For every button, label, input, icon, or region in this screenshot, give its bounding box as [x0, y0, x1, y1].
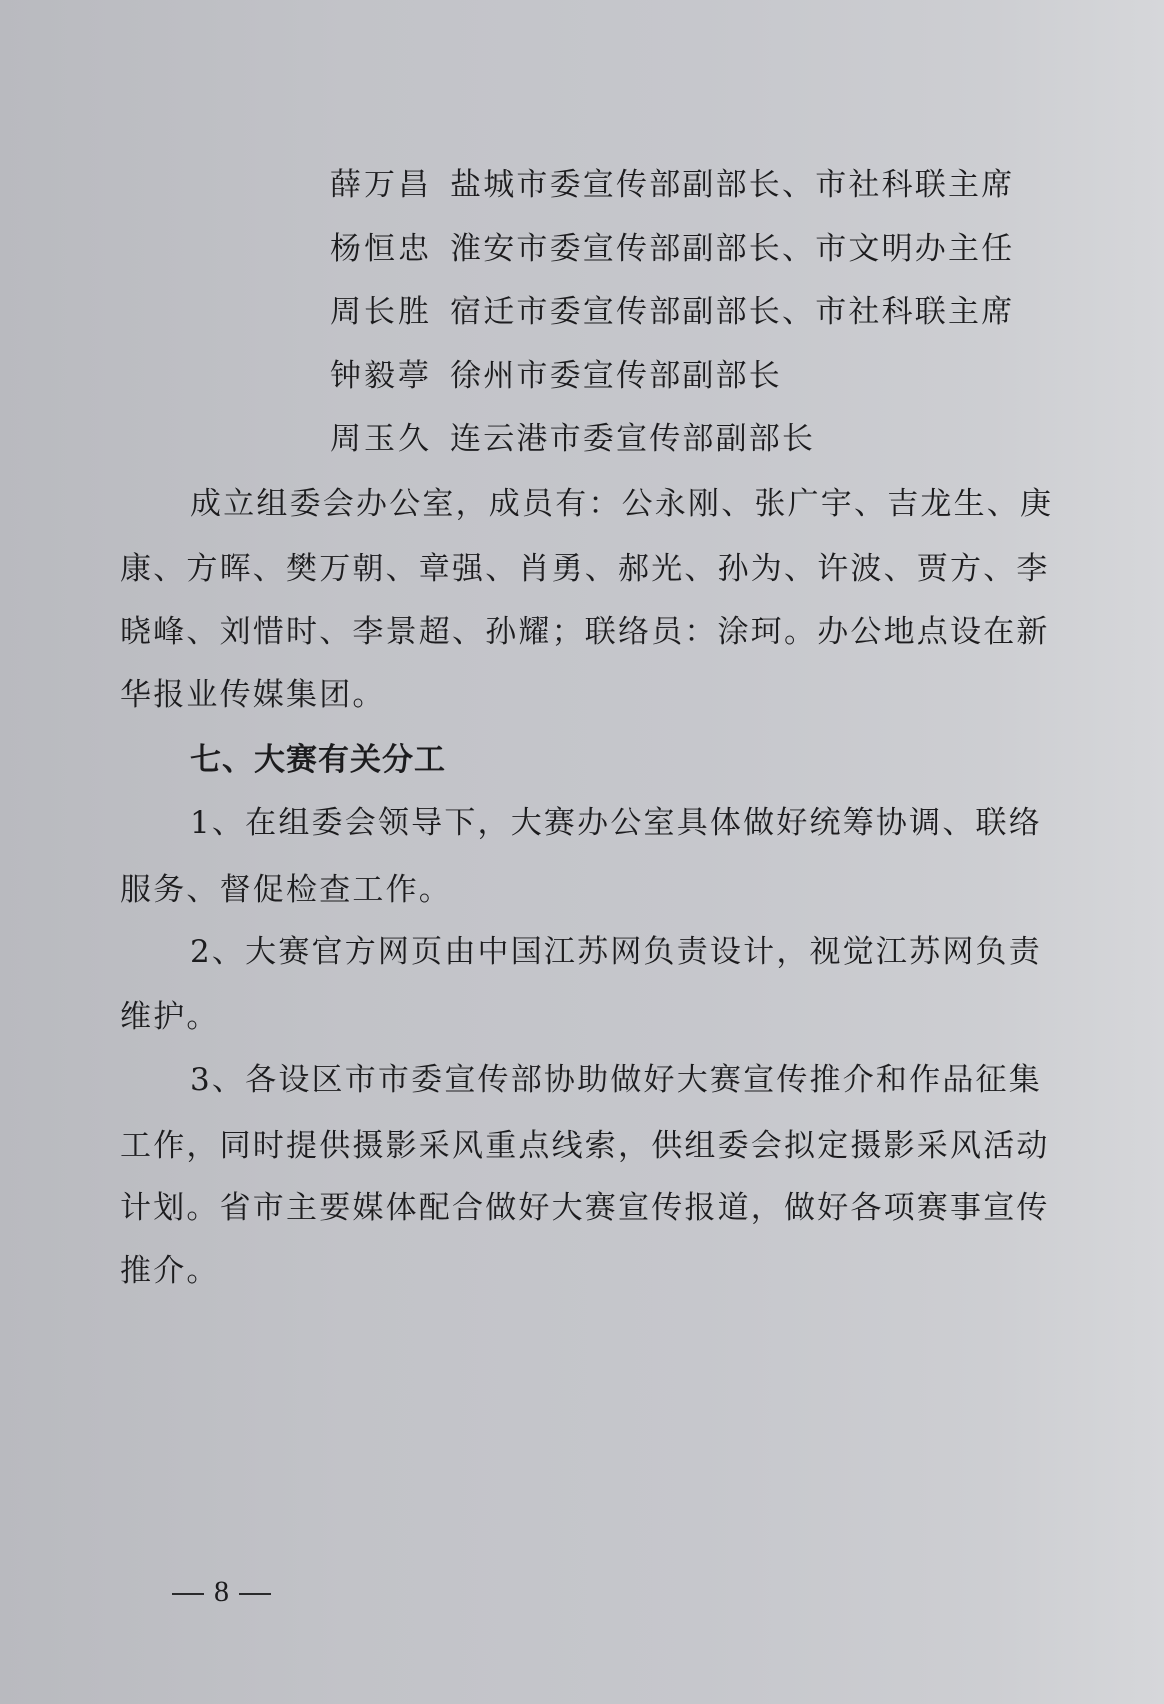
member-title: 淮安市委宣传部副部长、市文明办主任	[450, 231, 1014, 267]
member-name: 周玉久	[330, 419, 450, 459]
office-paragraph-line: 华报业传媒集团。	[120, 675, 1085, 715]
office-paragraph-line: 康、方晖、樊万朝、章强、肖勇、郝光、孙为、许波、贾方、李	[120, 549, 1085, 589]
committee-member-row: 杨恒忠淮安市委宣传部副部长、市文明办主任	[330, 229, 1164, 269]
member-name: 杨恒忠	[330, 229, 450, 269]
committee-member-row: 周长胜宿迁市委宣传部副部长、市社科联主席	[330, 292, 1164, 332]
section-heading: 七、大赛有关分工	[190, 740, 1155, 780]
committee-member-row: 钟毅葶徐州市委宣传部副部长	[330, 356, 1164, 396]
member-title: 连云港市委宣传部副部长	[450, 421, 815, 457]
member-name: 薛万昌	[330, 165, 450, 205]
item-3-line: 计划。省市主要媒体配合做好大赛宣传报道，做好各项赛事宣传	[120, 1188, 1085, 1228]
document-page: 薛万昌盐城市委宣传部副部长、市社科联主席 杨恒忠淮安市委宣传部副部长、市文明办主…	[0, 0, 1164, 1704]
office-paragraph-line: 成立组委会办公室，成员有：公永刚、张广宇、吉龙生、庚	[190, 484, 1155, 524]
dash-right	[239, 1593, 271, 1595]
member-name: 钟毅葶	[330, 356, 450, 396]
item-3-line: 3、各设区市市委宣传部协助做好大赛宣传推介和作品征集	[190, 1060, 1155, 1100]
item-1-line: 服务、督促检查工作。	[120, 870, 1085, 910]
item-2-line: 维护。	[120, 997, 1085, 1037]
committee-member-row: 薛万昌盐城市委宣传部副部长、市社科联主席	[330, 165, 1164, 205]
item-3-line: 推介。	[120, 1251, 1085, 1291]
member-title: 宿迁市委宣传部副部长、市社科联主席	[450, 294, 1014, 330]
member-title: 盐城市委宣传部副部长、市社科联主席	[450, 167, 1014, 203]
page-number-value: 8	[214, 1575, 229, 1608]
dash-left	[172, 1593, 204, 1595]
member-name: 周长胜	[330, 292, 450, 332]
item-3-line: 工作，同时提供摄影采风重点线索，供组委会拟定摄影采风活动	[120, 1126, 1085, 1166]
office-paragraph-line: 晓峰、刘惜时、李景超、孙耀；联络员：涂珂。办公地点设在新	[120, 612, 1085, 652]
page-number: 8	[162, 1572, 281, 1612]
committee-member-row: 周玉久连云港市委宣传部副部长	[330, 419, 1164, 459]
member-title: 徐州市委宣传部副部长	[450, 358, 782, 394]
item-1-line: 1、在组委会领导下，大赛办公室具体做好统筹协调、联络	[190, 803, 1155, 843]
item-2-line: 2、大赛官方网页由中国江苏网负责设计，视觉江苏网负责	[190, 932, 1155, 972]
